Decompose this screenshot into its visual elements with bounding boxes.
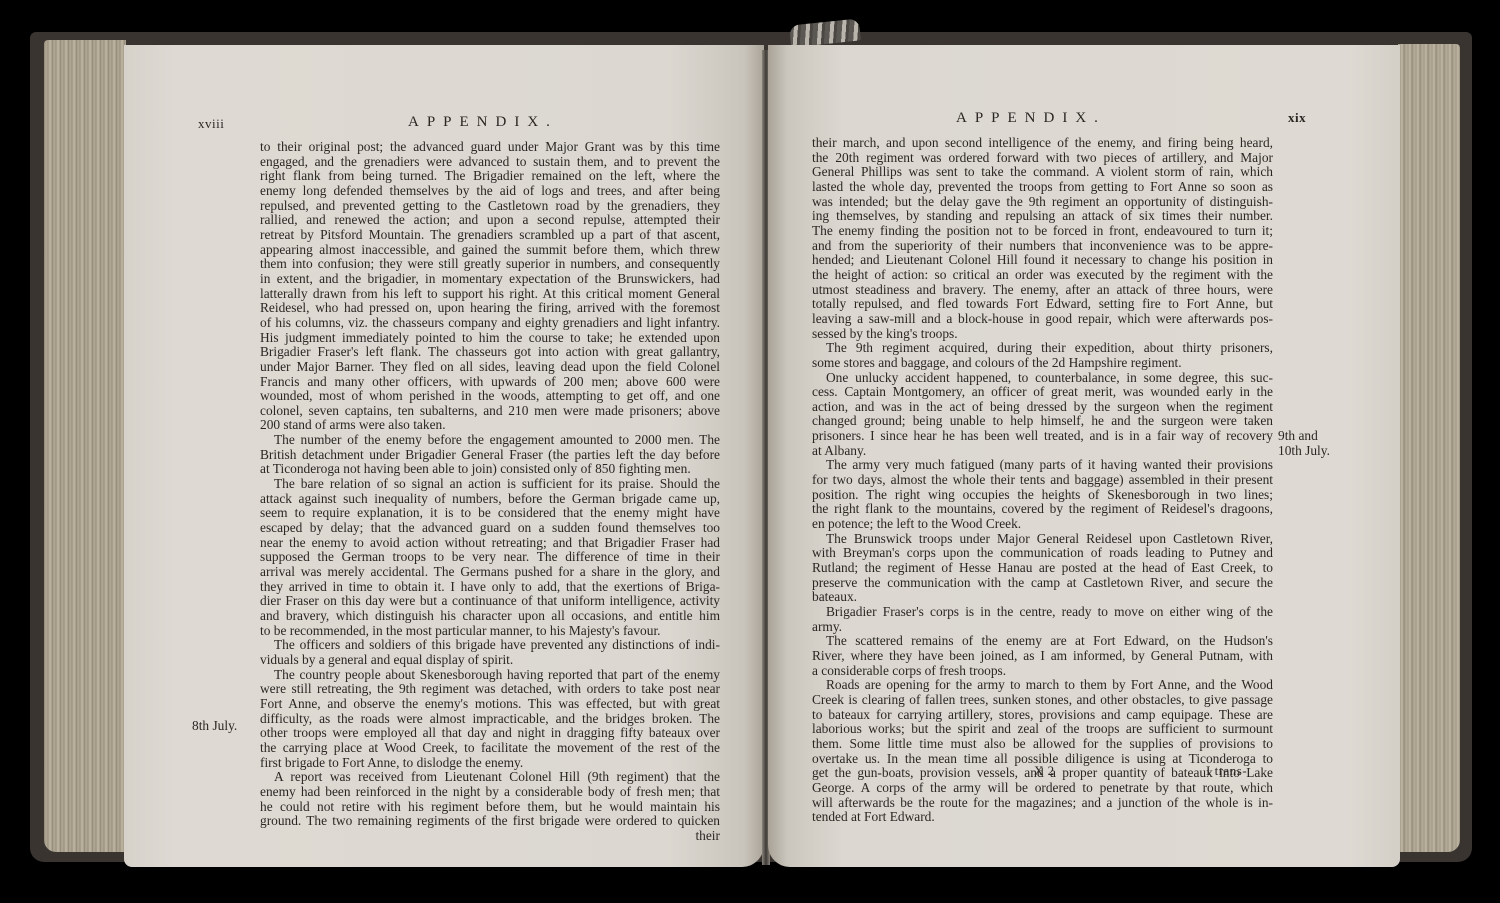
- text-line: wounded, most of whom perished in the wo…: [260, 389, 720, 404]
- text-line: Creek is clearing of fallen trees, sunke…: [812, 693, 1273, 708]
- text-line: under Major Barner. They fled on all sid…: [260, 360, 720, 375]
- text-line: at Ticonderoga not having been able to j…: [260, 462, 720, 477]
- text-line: The Brunswick troops under Major General…: [812, 532, 1273, 547]
- text-line: the height of action: so critical an ord…: [812, 268, 1273, 283]
- catchword: their: [260, 829, 720, 844]
- text-line: arrival was merely accidental. The Germa…: [260, 565, 720, 580]
- text-line: difficulty, as the roads were almost imp…: [260, 712, 720, 727]
- margin-note-date: 9th and: [1278, 429, 1318, 444]
- text-line: engaged, and the grenadiers were advance…: [260, 155, 720, 170]
- text-line: General Phillips was sent to take the co…: [812, 165, 1273, 180]
- text-line: to bateaux for carrying artillery, store…: [812, 708, 1273, 723]
- text-line: enemy had been reinforced in the night b…: [260, 785, 720, 800]
- text-line: hended; and Lieutenant Colonel Hill foun…: [812, 253, 1273, 268]
- text-line: The bare relation of so signal an action…: [260, 477, 720, 492]
- text-line: The officers and soldiers of this brigad…: [260, 638, 720, 653]
- text-line: totally repulsed, and fled towards Fort …: [812, 297, 1273, 312]
- text-line: their march, and upon second intelligenc…: [812, 136, 1273, 151]
- text-line: preserve the communication with the camp…: [812, 576, 1273, 591]
- text-line: prisoners. I since hear he has been well…: [812, 429, 1273, 444]
- text-line: attack against such inequality of number…: [260, 492, 720, 507]
- text-line: other troops were employed all that day …: [260, 726, 720, 741]
- body-text: their march, and upon second intelligenc…: [812, 136, 1273, 825]
- text-line: River, where they have been joined, as I…: [812, 649, 1273, 664]
- text-line: George. A corps of the army will be orde…: [812, 781, 1273, 796]
- text-line: Brigadier Fraser's left flank. The chass…: [260, 345, 720, 360]
- running-head: APPENDIX.: [956, 110, 1106, 127]
- right-page: APPENDIX. xix 9th and 10th July. their m…: [768, 45, 1400, 867]
- text-line: the right flank to the mountains, covere…: [812, 502, 1273, 517]
- text-line: tended at Fort Edward.: [812, 810, 1273, 825]
- text-line: Brigadier Fraser's corps is in the centr…: [812, 605, 1273, 620]
- text-line: The 9th regiment acquired, during their …: [812, 341, 1273, 356]
- text-line: were still retreating, the 9th regiment …: [260, 682, 720, 697]
- text-line: was intended; but the delay gave the 9th…: [812, 195, 1273, 210]
- page-number: xviii: [198, 116, 224, 132]
- text-line: colonel, seven captains, ten subalterns,…: [260, 404, 720, 419]
- text-line: rallied, and renewed the action; and upo…: [260, 213, 720, 228]
- text-line: ing themselves, by standing and repulsin…: [812, 209, 1273, 224]
- text-line: The army very much fatigued (many parts …: [812, 458, 1273, 473]
- text-line: with Breyman's corps upon the communicat…: [812, 546, 1273, 561]
- text-line: The scattered remains of the enemy are a…: [812, 634, 1273, 649]
- text-line: a considerable corps of fresh troops.: [812, 664, 1273, 679]
- text-line: British detachment under Brigadier Gener…: [260, 448, 720, 463]
- text-line: Roads are opening for the army to march …: [812, 678, 1273, 693]
- text-line: dier Fraser on this day were but a conti…: [260, 594, 720, 609]
- text-line: the carrying place at Wood Creek, to fac…: [260, 741, 720, 756]
- text-line: of his columns, viz. the chasseurs compa…: [260, 316, 720, 331]
- text-line: them. Some little time must also be allo…: [812, 737, 1273, 752]
- text-line: Francis and many other officers, with up…: [260, 375, 720, 390]
- signature-mark: X 2: [1034, 763, 1055, 779]
- text-line: utmost steadiness and bravery. The enemy…: [812, 283, 1273, 298]
- text-line: lasted the whole day, prevented the troo…: [812, 180, 1273, 195]
- text-line: at Albany.: [812, 444, 1273, 459]
- text-line: them into confusion; they were still gre…: [260, 257, 720, 272]
- text-line: Reidesel, who had pressed on, upon heari…: [260, 301, 720, 316]
- text-line: appearing almost inaccessible, and gaine…: [260, 243, 720, 258]
- text-line: the 20th regiment was ordered forward wi…: [812, 151, 1273, 166]
- margin-note-date: 10th July.: [1278, 444, 1330, 459]
- text-line: The enemy finding the position not to be…: [812, 224, 1273, 239]
- left-page-block-edge: [44, 40, 126, 852]
- text-line: he could not retire with his regiment be…: [260, 800, 720, 815]
- text-line: sessed by the king's troops.: [812, 327, 1273, 342]
- text-line: Fort Anne, and observe the enemy's motio…: [260, 697, 720, 712]
- text-line: first brigade to Fort Anne, to dislodge …: [260, 756, 720, 771]
- text-line: will afterwards be the route for the mag…: [812, 796, 1273, 811]
- text-line: and from the superiority of their number…: [812, 239, 1273, 254]
- text-line: 200 stand of arms were also taken.: [260, 418, 720, 433]
- text-line: repulsed, and prevented getting to the C…: [260, 199, 720, 214]
- text-line: One unlucky accident happened, to counte…: [812, 371, 1273, 386]
- running-head: APPENDIX.: [408, 114, 558, 131]
- body-text: to their original post; the advanced gua…: [260, 140, 720, 844]
- text-line: A report was received from Lieutenant Co…: [260, 770, 720, 785]
- text-line: cess. Captain Montgomery, an officer of …: [812, 385, 1273, 400]
- text-line: some stores and baggage, and colours of …: [812, 356, 1273, 371]
- text-line: in extent, and the brigadier, in momenta…: [260, 272, 720, 287]
- text-line: right flank from being turned. The Briga…: [260, 169, 720, 184]
- text-line: to be recommended, in the most particula…: [260, 624, 720, 639]
- text-line: retreat by Pitsford Mountain. The grenad…: [260, 228, 720, 243]
- text-line: action, and was in the act of being dres…: [812, 400, 1273, 415]
- catchword: I trans-: [1206, 763, 1247, 779]
- text-line: army.: [812, 620, 1273, 635]
- text-line: and bravery, which distinguish his chara…: [260, 609, 720, 624]
- text-line: The number of the enemy before the engag…: [260, 433, 720, 448]
- text-line: The country people about Skenesborough h…: [260, 668, 720, 683]
- text-line: en potence; the left to the Wood Creek.: [812, 517, 1273, 532]
- text-line: position. The right wing occupies the he…: [812, 488, 1273, 503]
- text-line: His judgment immediately pointed to him …: [260, 331, 720, 346]
- text-line: viduals by a general and equal display o…: [260, 653, 720, 668]
- text-line: they arrived in time to obtain it. I hav…: [260, 580, 720, 595]
- text-line: latterally drawn from his left to suppor…: [260, 287, 720, 302]
- text-line: escaped by delay; that the advanced guar…: [260, 521, 720, 536]
- text-line: seem to require explanation, it is to be…: [260, 506, 720, 521]
- page-number: xix: [1288, 110, 1306, 126]
- margin-note-date: 8th July.: [192, 719, 237, 734]
- text-line: for two days, almost the whole their ten…: [812, 473, 1273, 488]
- text-line: Rutland; the regiment of Hesse Hanau are…: [812, 561, 1273, 576]
- text-line: to their original post; the advanced gua…: [260, 140, 720, 155]
- text-line: supposed the German troops to be very ne…: [260, 550, 720, 565]
- text-line: leaving a saw-mill and a block-house in …: [812, 312, 1273, 327]
- text-line: ground. The two remaining regiments of t…: [260, 814, 720, 829]
- text-line: enemy long defended themselves by the ai…: [260, 184, 720, 199]
- left-page: xviii APPENDIX. 8th July. to their origi…: [124, 45, 764, 867]
- text-line: bateaux.: [812, 590, 1273, 605]
- text-line: changed ground; being unable to help him…: [812, 414, 1273, 429]
- text-line: near the enemy to avoid action without r…: [260, 536, 720, 551]
- text-line: laborious works; but the spirit and zeal…: [812, 722, 1273, 737]
- right-page-block-edge: [1398, 44, 1460, 852]
